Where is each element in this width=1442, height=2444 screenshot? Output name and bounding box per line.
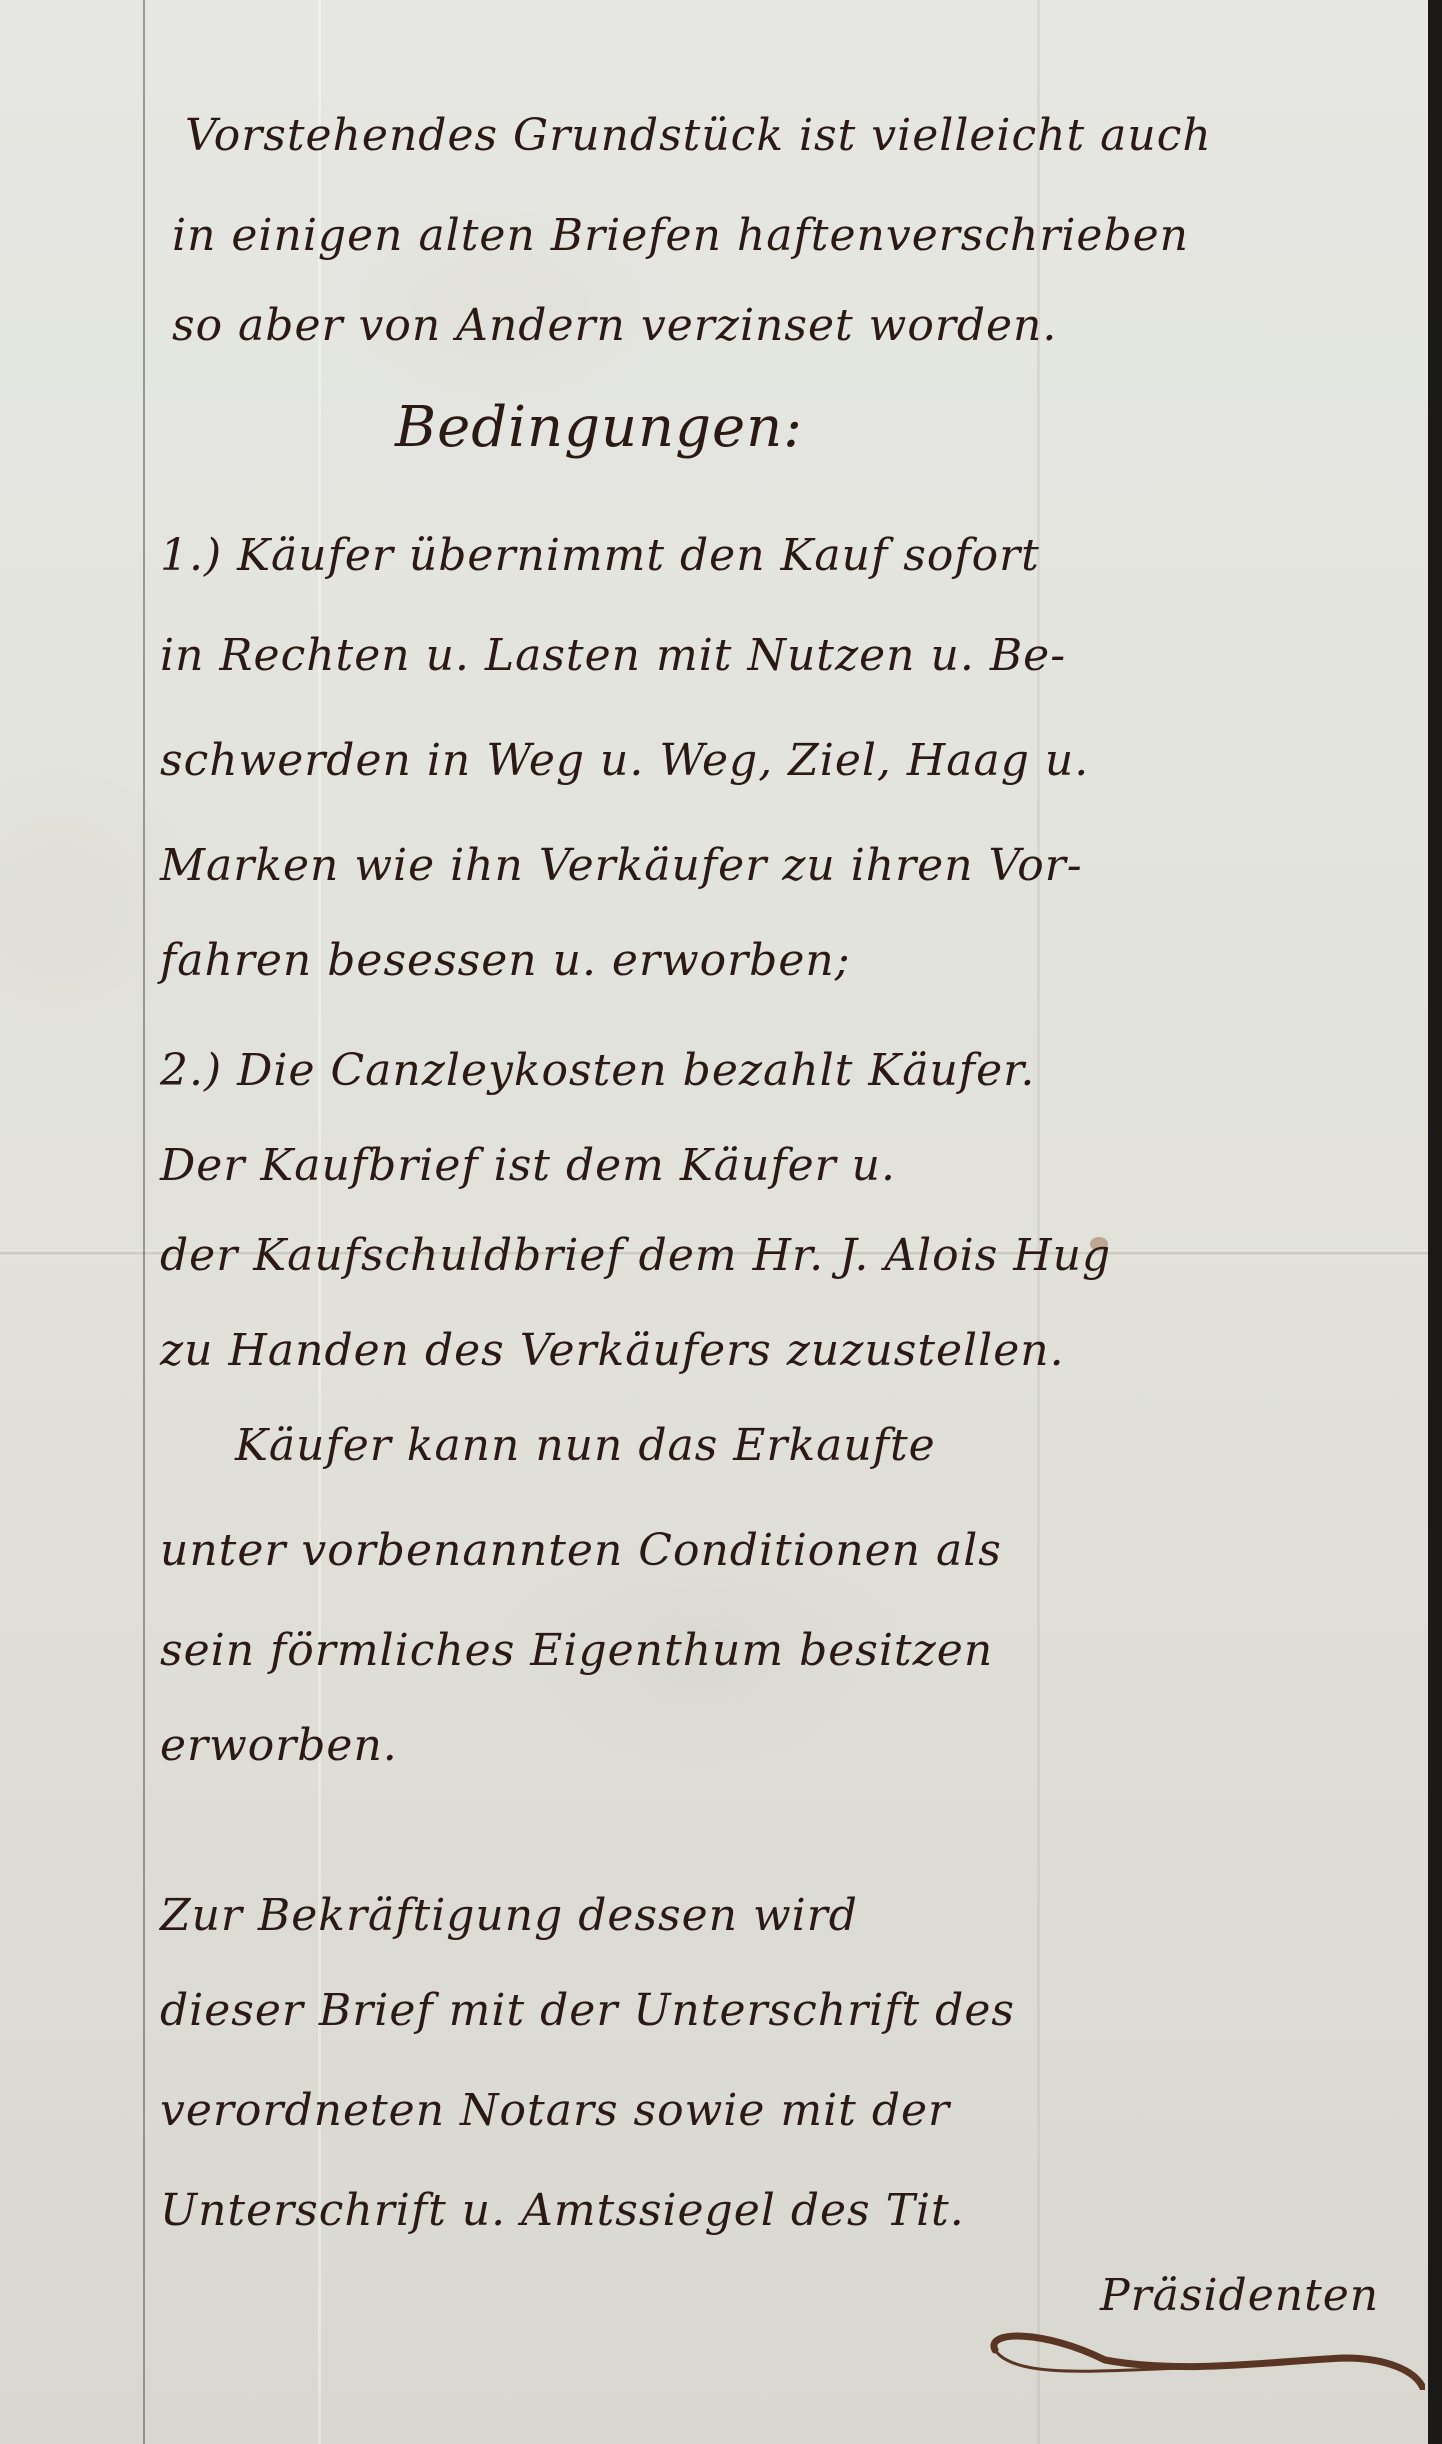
- paragraph-line: erworben.: [160, 1720, 398, 1771]
- bleed-through-texture: [0, 0, 1428, 2444]
- text-line: Vorstehendes Grundstück ist vielleicht a…: [185, 110, 1212, 161]
- paragraph-line: Käufer kann nun das Erkaufte: [235, 1420, 936, 1471]
- text-line: in einigen alten Briefen haftenverschrie…: [172, 210, 1189, 261]
- signature-title: Präsidenten: [1100, 2270, 1379, 2321]
- condition-2-line: 2.) Die Canzleykosten bezahlt Käufer.: [160, 1045, 1035, 1096]
- section-heading: Bedingungen:: [395, 395, 803, 460]
- signature-flourish-icon: [985, 2330, 1425, 2390]
- closing-line: verordneten Notars sowie mit der: [160, 2085, 950, 2136]
- vertical-fold-crease: [1037, 0, 1040, 2444]
- condition-1-line: 1.) Käufer übernimmt den Kauf sofort: [160, 530, 1040, 581]
- text-line: so aber von Andern verzinset worden.: [172, 300, 1057, 351]
- margin-rule: [143, 0, 145, 2444]
- condition-1-line: schwerden in Weg u. Weg, Ziel, Haag u.: [160, 735, 1089, 786]
- condition-2-line: der Kaufschuldbrief dem Hr. J. Alois Hug: [160, 1230, 1111, 1281]
- closing-line: Unterschrift u. Amtssiegel des Tit.: [160, 2185, 965, 2236]
- condition-1-line: in Rechten u. Lasten mit Nutzen u. Be-: [160, 630, 1066, 681]
- document-page: Vorstehendes Grundstück ist vielleicht a…: [0, 0, 1428, 2444]
- closing-line: Zur Bekräftigung dessen wird: [160, 1890, 858, 1941]
- condition-2-line: Der Kaufbrief ist dem Käufer u.: [160, 1140, 896, 1191]
- closing-line: dieser Brief mit der Unterschrift des: [160, 1985, 1015, 2036]
- paragraph-line: unter vorbenannten Conditionen als: [160, 1525, 1002, 1576]
- condition-2-line: zu Handen des Verkäufers zuzustellen.: [160, 1325, 1065, 1376]
- background-edge: [1428, 0, 1442, 2444]
- condition-1-line: Marken wie ihn Verkäufer zu ihren Vor-: [160, 840, 1083, 891]
- condition-1-line: fahren besessen u. erworben;: [160, 935, 851, 986]
- vertical-fold-crease: [318, 0, 321, 2444]
- paragraph-line: sein förmliches Eigenthum besitzen: [160, 1625, 993, 1676]
